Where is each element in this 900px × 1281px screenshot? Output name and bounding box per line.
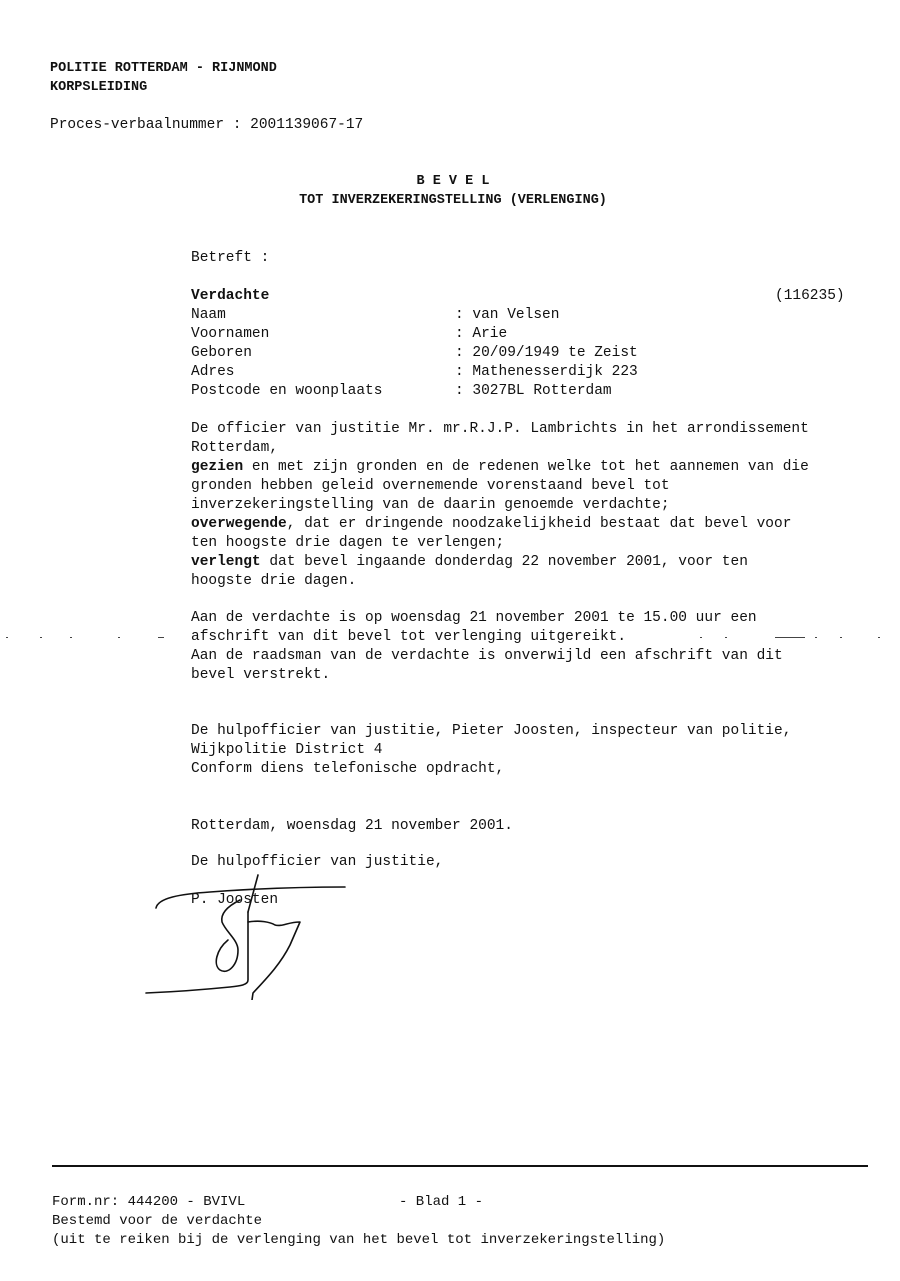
pv-number: Proces-verbaalnummer : 2001139067-17 [50, 116, 363, 135]
field-label: Naam [191, 306, 226, 325]
body-line: ten hoogste drie dagen te verlengen; [191, 534, 504, 553]
body-line: De officier van justitie Mr. mr.R.J.P. L… [191, 420, 809, 439]
body-line: inverzekeringstelling van de daarin geno… [191, 496, 670, 515]
suspect-heading: Verdachte [191, 287, 269, 306]
field-value: : Mathenesserdijk 223 [455, 363, 638, 382]
field-label: Geboren [191, 344, 252, 363]
place-date: Rotterdam, woensdag 21 november 2001. [191, 817, 513, 836]
document-title: B E V E L [0, 172, 900, 191]
keyword-gezien: gezien [191, 459, 243, 475]
form-number: Form.nr: 444200 - BVIVL [52, 1193, 245, 1212]
body-line: Rotterdam, [191, 439, 278, 458]
body-line: overwegende, dat er dringende noodzakeli… [191, 515, 791, 534]
keyword-overwegende: overwegende [191, 516, 287, 532]
subject-label: Betreft : [191, 249, 269, 268]
field-label: Postcode en woonplaats [191, 382, 382, 401]
body-line: verlengt dat bevel ingaande donderdag 22… [191, 553, 748, 572]
field-value: : 3027BL Rotterdam [455, 382, 612, 401]
field-label: Adres [191, 363, 235, 382]
body-line: Aan de verdachte is op woensdag 21 novem… [191, 609, 757, 628]
body-text: dat bevel ingaande donderdag 22 november… [261, 554, 748, 570]
page-number: - Blad 1 - [399, 1193, 483, 1212]
body-text: , dat er dringende noodzakelijkheid best… [287, 516, 792, 532]
field-value: : van Velsen [455, 306, 559, 325]
document-subtitle: TOT INVERZEKERINGSTELLING (VERLENGING) [0, 191, 900, 210]
field-value: : Arie [455, 325, 507, 344]
field-label: Voornamen [191, 325, 269, 344]
body-line: bevel verstrekt. [191, 666, 330, 685]
scan-artifact [0, 637, 900, 638]
field-value: : 20/09/1949 te Zeist [455, 344, 638, 363]
body-line: gronden hebben geleid overnemende vorens… [191, 477, 670, 496]
body-text: en met zijn gronden en de redenen welke … [243, 459, 809, 475]
department-name: KORPSLEIDING [50, 78, 147, 97]
body-line: hoogste drie dagen. [191, 572, 356, 591]
footer-divider [52, 1165, 868, 1167]
keyword-verlengt: verlengt [191, 554, 261, 570]
body-line: Wijkpolitie District 4 [191, 741, 382, 760]
body-line: Aan de raadsman van de verdachte is onve… [191, 647, 783, 666]
footer-recipient: Bestemd voor de verdachte [52, 1212, 262, 1231]
body-line: Conform diens telefonische opdracht, [191, 760, 504, 779]
body-line: gezien en met zijn gronden en de redenen… [191, 458, 809, 477]
footer-note: (uit te reiken bij de verlenging van het… [52, 1231, 665, 1250]
suspect-reference: (116235) [775, 287, 845, 306]
organization-name: POLITIE ROTTERDAM - RIJNMOND [50, 59, 277, 78]
body-line: De hulpofficier van justitie, Pieter Joo… [191, 722, 791, 741]
handwritten-signature [140, 870, 360, 1000]
